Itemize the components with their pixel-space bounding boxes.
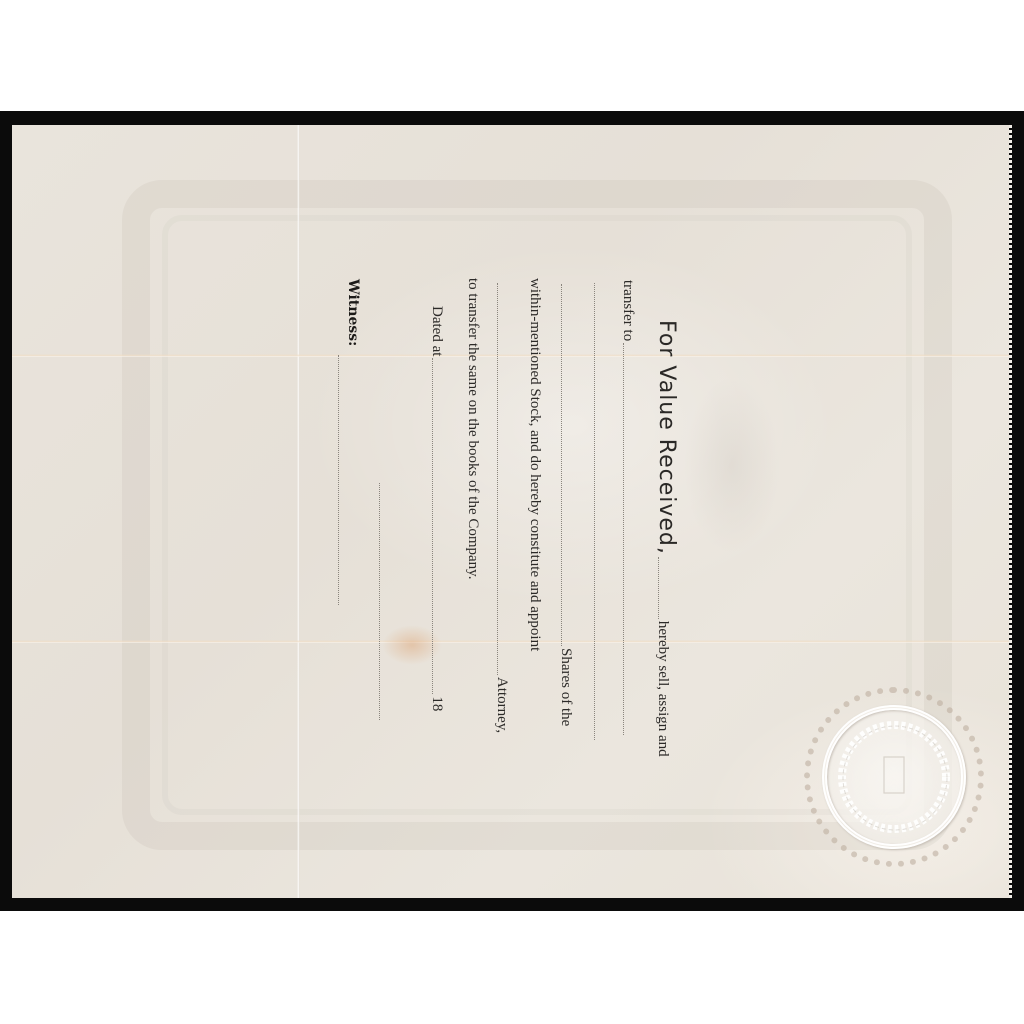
witness-signature-blank-1[interactable] [379,483,380,720]
transferee-blank[interactable] [623,343,625,735]
to-transfer-text: to transfer the same on the books of the… [465,276,481,581]
hereby-sell-text: hereby sell, assign and [655,619,671,759]
within-mentioned-text: within-mentioned Stock, and do hereby co… [527,276,543,653]
witness-signature-blank-2[interactable] [338,355,339,605]
transferee-blank-continued[interactable] [594,283,595,740]
transfer-line-5: within-mentioned Stock, and do hereby co… [527,276,543,653]
grantor-blank[interactable] [658,557,660,619]
transfer-line-7: to transfer the same on the books of the… [465,276,481,581]
attorney-name-blank[interactable] [497,283,499,675]
embossed-seal [804,687,984,867]
witness-line: Witness: [345,277,361,348]
transfer-form: For Value Received, hereby sell, assign … [0,0,1024,1024]
dated-at-text: Dated at [429,304,445,358]
seal-ring-lettering-icon [804,687,984,867]
seal-emblem [804,687,984,867]
attorney-text: Attorney, [494,675,510,735]
transfer-to-text: transfer to [620,278,636,343]
transfer-line-4: Shares of the [558,284,574,728]
transfer-line-2: transfer to [620,278,636,735]
year-prefix-text: 18 [429,694,445,713]
transfer-line-1: For Value Received, hereby sell, assign … [655,318,677,759]
transfer-line-6: Attorney, [494,283,510,735]
date-place-blank[interactable] [432,358,434,694]
heading-for-value-received: For Value Received, [655,318,677,557]
shares-of-the-text: Shares of the [558,646,574,728]
share-count-blank[interactable] [561,284,563,646]
transfer-line-8: Dated at 18 [429,304,445,713]
witness-label: Witness: [345,277,361,348]
